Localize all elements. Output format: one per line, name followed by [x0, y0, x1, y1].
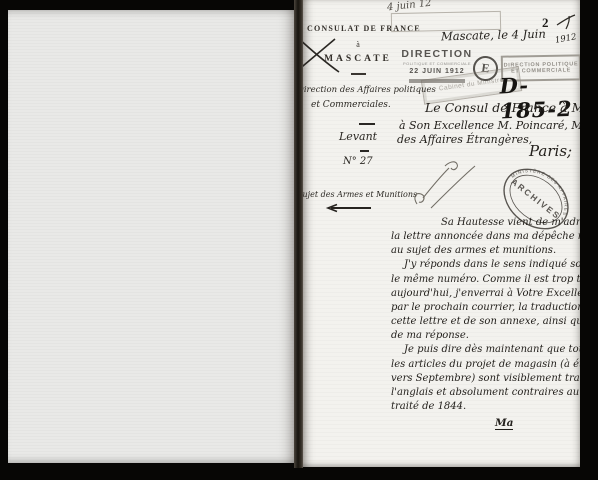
left-arrow-mark-icon: [325, 203, 373, 213]
body-line: Sa Hautesse vient de m'adresser: [391, 216, 580, 230]
body-line: l'anglais et absolument contraires au: [391, 386, 580, 400]
body-line: aujourd'hui, j'enverrai à Votre Excellen…: [391, 287, 580, 301]
left-blank-page: [8, 10, 295, 463]
body-line: par le prochain courrier, la traduction …: [391, 301, 580, 315]
body-line: au sujet des armes et munitions.: [391, 244, 580, 258]
classification-number: D-185-2: [499, 71, 580, 124]
place-dateline: Mascate, le 4 Juin: [441, 27, 546, 44]
body-line: Je puis dire dès maintenant que tous: [391, 343, 580, 357]
recipient-line3: des Affaires Étrangères,: [397, 133, 532, 146]
book-gutter: [294, 0, 303, 468]
margin-bureau: Levant: [339, 130, 377, 143]
margin-department-line2: et Commerciales.: [311, 100, 391, 110]
letter-body: Sa Hautesse vient de m'adresser la lettr…: [391, 216, 580, 414]
body-line: traité de 1844.: [391, 400, 580, 414]
recipient-line1: Le Consul de France à Mascate: [425, 100, 580, 115]
pencil-date-note: 4 juin 12: [387, 0, 433, 13]
dateline-year: 1912: [554, 32, 577, 46]
cross-out-mark-icon: [303, 36, 341, 74]
stamp-subtitle: POLITIQUE ET COMMERCIALE: [391, 61, 483, 66]
archival-scan: CONSULAT DE FRANCE à MASCATE 4 juin 12 2…: [0, 0, 598, 480]
body-line: vers Septembre) sont visiblement traduit…: [391, 372, 580, 386]
margin-dispatch-number: N° 27: [343, 156, 373, 167]
pencil-scrawl-icon: [411, 158, 483, 212]
margin-subject: Sujet des Armes et Munitions: [303, 190, 417, 199]
margin-divider-1: [359, 123, 375, 125]
letterhead-divider: [351, 73, 366, 75]
body-line: les articles du projet de magasin (à éta…: [391, 358, 580, 372]
body-line: le même numéro. Comme il est trop tard: [391, 273, 580, 287]
margin-divider-2: [360, 150, 369, 152]
recipient-line2: à Son Excellence M. Poincaré, Ministre: [399, 119, 580, 132]
catchword: Ma: [495, 417, 513, 430]
body-line: de ma réponse.: [391, 329, 580, 343]
body-line: cette lettre et de son annexe, ainsi que…: [391, 315, 580, 329]
document-page: CONSULAT DE FRANCE à MASCATE 4 juin 12 2…: [303, 0, 580, 467]
stamp-title: DIRECTION: [391, 48, 483, 60]
body-line: la lettre annoncée dans ma dépêche n° 24: [391, 230, 580, 244]
margin-department-line1: Direction des Affaires politiques: [303, 85, 436, 95]
ink-paraph-icon: [555, 11, 577, 33]
body-line: J'y réponds dans le sens indiqué sous: [391, 258, 580, 272]
